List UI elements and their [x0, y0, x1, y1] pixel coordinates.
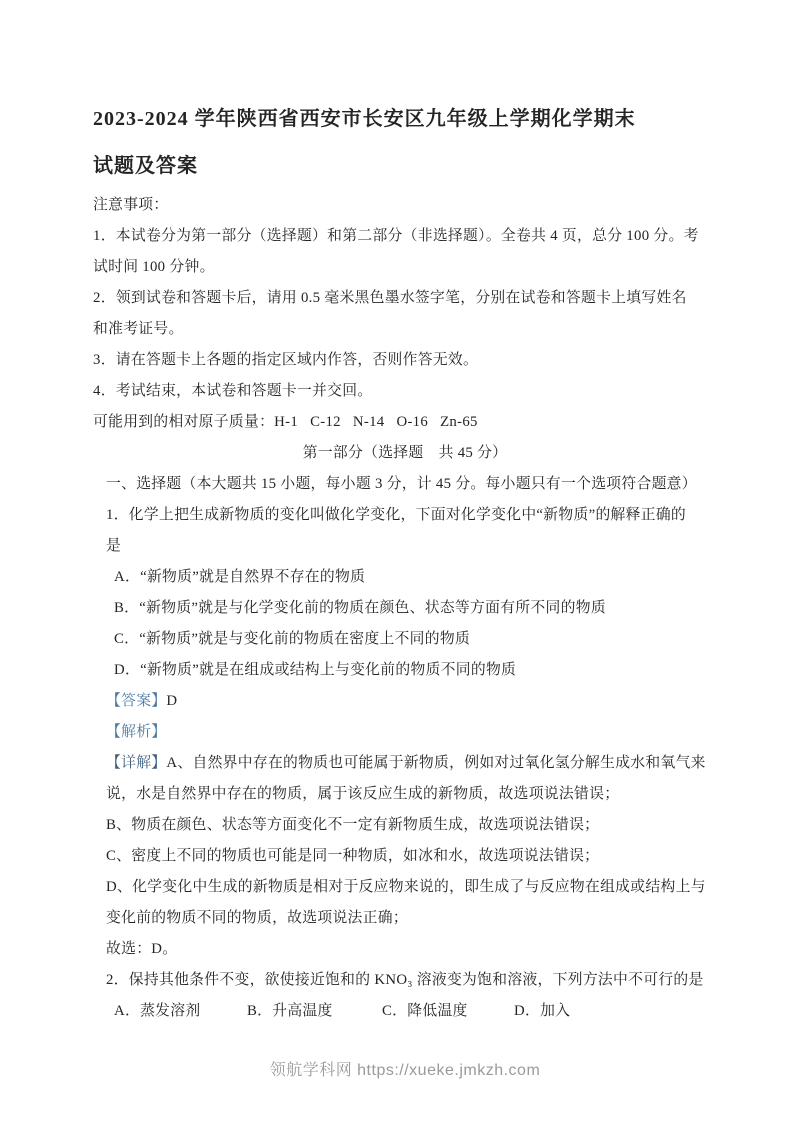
detail-1-line2: 说，水是自然界中存在的物质，属于该反应生成的新物质，故选项说法错误； — [93, 779, 717, 810]
notice-4: 4．考试结束，本试卷和答题卡一并交回。 — [93, 376, 717, 407]
part-1-heading: 第一部分（选择题 共 45 分） — [93, 438, 717, 469]
atomic-masses: 可能用到的相对原子质量：H-1 C-12 N-14 O-16 Zn-65 — [93, 407, 717, 438]
page-title-line2: 试题及答案 — [93, 143, 717, 190]
answer-1: 【答案】D — [93, 686, 717, 717]
detail-label: 【详解】 — [106, 755, 166, 771]
question-1-line2: 是 — [93, 531, 717, 562]
document-content: 2023-2024 学年陕西省西安市长安区九年级上学期化学期末 试题及答案 注意… — [0, 0, 793, 1080]
question-1-option-b: B．“新物质”就是与化学变化前的物质在颜色、状态等方面有所不同的物质 — [93, 593, 717, 624]
notice-2-line2: 和准考证号。 — [93, 314, 717, 345]
question-2-option-a: A．蒸发溶剂 — [114, 996, 247, 1027]
detail-1-line6: 变化前的物质不同的物质，故选项说法正确； — [93, 903, 717, 934]
page-title-line1: 2023-2024 学年陕西省西安市长安区九年级上学期化学期末 — [93, 96, 717, 143]
question-1-option-c: C．“新物质”就是与变化前的物质在密度上不同的物质 — [93, 624, 717, 655]
document-lines: 注意事项：1．本试卷分为第一部分（选择题）和第二部分（非选择题）。全卷共 4 页… — [93, 190, 717, 1027]
notice-3: 3．请在答题卡上各题的指定区域内作答，否则作答无效。 — [93, 345, 717, 376]
detail-1-line5: D、化学变化中生成的新物质是相对于反应物来说的，即生成了与反应物在组成或结构上与 — [93, 872, 717, 903]
section-1-heading: 一、选择题（本大题共 15 小题，每小题 3 分，计 45 分。每小题只有一个选… — [93, 469, 717, 500]
detail-1-line4: C、密度上不同的物质也可能是同一种物质，如冰和水，故选项说法错误； — [93, 841, 717, 872]
question-1-line1: 1．化学上把生成新物质的变化叫做化学变化，下面对化学变化中“新物质”的解释正确的 — [93, 500, 717, 531]
page-title: 2023-2024 学年陕西省西安市长安区九年级上学期化学期末 试题及答案 — [93, 96, 717, 190]
question-1-option-a: A．“新物质”就是自然界不存在的物质 — [93, 562, 717, 593]
detail-1-line1: 【详解】A、自然界中存在的物质也可能属于新物质，例如对过氧化氢分解生成水和氧气来 — [93, 748, 717, 779]
exam-document-page: 2023-2024 学年陕西省西安市长安区九年级上学期化学期末 试题及答案 注意… — [0, 0, 793, 1122]
notice-1-line1: 1．本试卷分为第一部分（选择题）和第二部分（非选择题）。全卷共 4 页，总分 1… — [93, 221, 717, 252]
answer-label: 【解析】 — [106, 724, 166, 740]
question-2-option-d: D．加入 — [514, 996, 570, 1027]
detail-1-line3: B、物质在颜色、状态等方面变化不一定有新物质生成，故选项说法错误； — [93, 810, 717, 841]
question-1-option-d: D．“新物质”就是在组成或结构上与变化前的物质不同的物质 — [93, 655, 717, 686]
notice-2-line1: 2．领到试卷和答题卡后，请用 0.5 毫米黑色墨水签字笔，分别在试卷和答题卡上填… — [93, 283, 717, 314]
notice-1-line2: 试时间 100 分钟。 — [93, 252, 717, 283]
analysis-1: 【解析】 — [93, 717, 717, 748]
question-2-options-row: A．蒸发溶剂B．升高温度C．降低温度D．加入 — [93, 996, 717, 1027]
footer-watermark: 领航学科网 https://xueke.jmkzh.com — [93, 1057, 717, 1080]
question-2-option-b: B．升高温度 — [247, 996, 382, 1027]
answer-label: 【答案】 — [106, 693, 166, 709]
question-2: 2．保持其他条件不变，欲使接近饱和的 KNO₃ 溶液变为饱和溶液，下列方法中不可… — [93, 965, 717, 996]
detail-1-conclusion: 故选：D。 — [93, 934, 717, 965]
notice-heading: 注意事项： — [93, 190, 717, 221]
question-2-option-c: C．降低温度 — [382, 996, 514, 1027]
